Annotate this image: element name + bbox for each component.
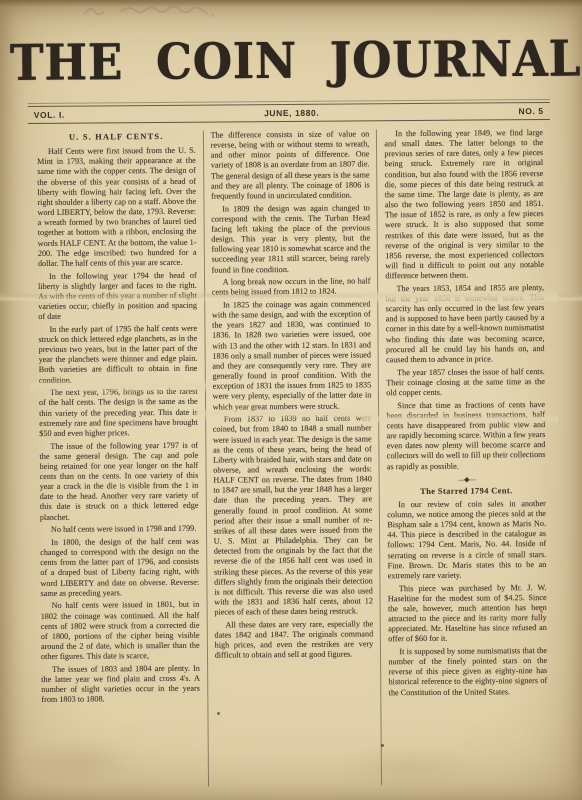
paragraph: In the following year 1849, we find larg… [384,128,544,282]
paragraph: The next year, 1796, brings us to the ra… [39,387,198,439]
masthead-title: THE COIN JOURNAL. [10,31,567,92]
paragraph: In 1825 the coinage was again commenced … [212,299,372,412]
handwritten-mark [81,0,281,24]
paragraph: The issue of the following year 1797 is … [39,440,198,522]
article-columns: U. S. HALF CENTS. Half Cents were first … [30,128,555,788]
article-heading-starred-1794-cent: The Starred 1794 Cent. [387,486,546,497]
column-3: In the following year 1849, we find larg… [377,128,555,785]
paragraph: In the following year 1794 the head of l… [38,270,197,322]
paragraph: The difference consists in size of value… [211,129,370,201]
column-1: U. S. HALF CENTS. Half Cents were first … [30,131,208,788]
paragraph: In 1800, the design of the half cent was… [40,537,199,599]
divider-ornament-icon: —◆— [387,475,546,484]
paragraph: In 1809 the design was again changed to … [211,203,370,275]
newspaper-page: THE COIN JOURNAL. VOL. I. JUNE, 1880. NO… [0,0,582,800]
article-heading-half-cents: U. S. HALF CENTS. [37,132,196,143]
paragraph: In the early part of 1795 the half cents… [38,324,197,386]
paragraph: The year 1857 closes the issue of half c… [386,367,545,399]
paragraph: A long break now occurs in the line, no … [212,277,371,299]
paragraph: It is supposed by some numismatists that… [388,646,547,698]
dateline-bar: VOL. I. JUNE, 1880. NO. 5 [28,103,550,124]
paragraph: Since that time as fractions of cents ha… [386,400,545,472]
dateline-date: JUNE, 1880. [264,108,319,118]
paragraph: Half Cents were first issued from the U.… [37,146,197,269]
paragraph: The issues of 1803 and 1804 are plenty. … [41,664,200,706]
paragraph: All these dates are very rare, especiall… [214,619,373,661]
paragraph: This piece was purchased by Mr. J. W. Ha… [388,583,547,645]
dateline-number: NO. 5 [518,106,543,116]
paragraph: No half cents were issued in 1801, but i… [41,600,200,662]
column-2: The difference consists in size of value… [203,129,383,786]
dateline-volume: VOL. I. [34,110,65,120]
paragraph: From 1837 to 1839 no half cents were coi… [213,414,373,618]
paragraph: In our review of coin sales in another c… [387,499,546,581]
paragraph: The years 1853, 1854 and 1855 are plenty… [385,283,544,365]
scanned-sheet: THE COIN JOURNAL. VOL. I. JUNE, 1880. NO… [0,0,582,800]
paragraph: No half cents were issued in 1798 and 17… [40,524,199,535]
